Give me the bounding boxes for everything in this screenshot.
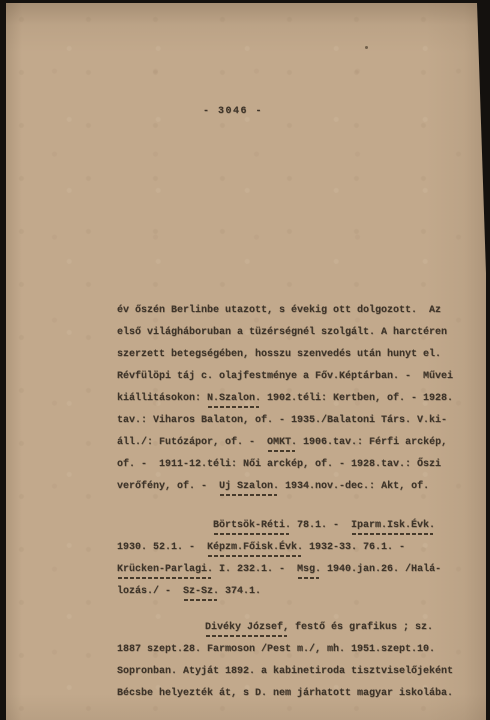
text-line: Révfülöpi táj c. olajfestménye a Főv.Kép… bbox=[117, 366, 473, 388]
text-line: Bécsbe helyezték át, s D. nem járhatott … bbox=[117, 683, 473, 705]
scan-edge-shadow bbox=[477, 3, 486, 273]
text-segment: of. - 1911-12.téli: Női arckép, of. - 19… bbox=[117, 459, 441, 470]
text-segment: áll./: Futózápor, of. - bbox=[117, 437, 267, 448]
text-line: első világháboruban a tüzérségnél szolgá… bbox=[117, 322, 473, 344]
underlined-text: Divéky József, bbox=[205, 622, 289, 633]
text-line: szerzett betegségében, hosszu szenvedés … bbox=[117, 344, 473, 366]
text-line: lozás./ - Sz-Sz. 374.1. bbox=[117, 581, 473, 603]
underlined-text: Börtsök-Réti. bbox=[213, 520, 291, 531]
text-line: of. - 1911-12.téli: Női arckép, of. - 19… bbox=[117, 454, 473, 476]
text-line: kiállitásokon: N.Szalon. 1902.téli: Kert… bbox=[117, 388, 473, 410]
text-segment: 78.1. - bbox=[291, 520, 351, 531]
text-segment: Sopronban. Atyját 1892. a kabinetiroda t… bbox=[117, 666, 453, 677]
text-line: 1887 szept.28. Farmoson /Pest m./, mh. 1… bbox=[117, 639, 473, 661]
text-segment: festő és grafikus ; sz. bbox=[289, 622, 433, 633]
page-number: - 3046 - bbox=[203, 106, 263, 117]
underlined-text: Iparm.Isk.Évk. bbox=[351, 520, 435, 531]
underlined-text: Krücken-Parlagi. bbox=[117, 564, 213, 575]
text-segment: első világháboruban a tüzérségnél szolgá… bbox=[117, 327, 447, 338]
text-segment: 1940.jan.26. /Halá- bbox=[321, 564, 441, 575]
text-segment: 1887 szept.28. Farmoson /Pest m./, mh. 1… bbox=[117, 644, 435, 655]
text-line: áll./: Futózápor, of. - OMKT. 1906.tav.:… bbox=[117, 432, 473, 454]
text-segment: kiállitásokon: bbox=[117, 393, 207, 404]
text-line: év őszén Berlinbe utazott, s évekig ott … bbox=[117, 300, 473, 322]
text-segment: év őszén Berlinbe utazott, s évekig ott … bbox=[117, 305, 441, 316]
underlined-text: Uj Szalon. bbox=[219, 481, 279, 492]
text-line: verőfény, of. - Uj Szalon. 1934.nov.-dec… bbox=[117, 476, 473, 498]
text-line: tav.: Viharos Balaton, of. - 1935./Balat… bbox=[117, 410, 473, 432]
paragraph-entry-diveky-jozsef: Divéky József, festő és grafikus ; sz.18… bbox=[117, 617, 473, 705]
text-line: Sopronban. Atyját 1892. a kabinetiroda t… bbox=[117, 661, 473, 683]
text-segment: lozás./ - bbox=[117, 586, 183, 597]
text-segment: 374.1. bbox=[219, 586, 261, 597]
text-line: Krücken-Parlagi. I. 232.1. - Msg. 1940.j… bbox=[117, 559, 473, 581]
text-segment: 1934.nov.-dec.: Akt, of. bbox=[279, 481, 429, 492]
scanned-page: - 3046 - év őszén Berlinbe utazott, s év… bbox=[6, 3, 486, 720]
text-segment: szerzett betegségében, hosszu szenvedés … bbox=[117, 349, 441, 360]
underlined-text: Sz-Sz. bbox=[183, 586, 219, 597]
text-line: 1930. 52.1. - Képzm.Főisk.Évk. 1932-33. … bbox=[117, 537, 473, 559]
underlined-text: Képzm.Főisk.Évk. bbox=[207, 542, 303, 553]
text-segment: 1906.tav.: Férfi arckép, bbox=[297, 437, 447, 448]
text-segment: I. 232.1. - bbox=[213, 564, 297, 575]
underlined-text: Msg. bbox=[297, 564, 321, 575]
text-segment: Bécsbe helyezték át, s D. nem járhatott … bbox=[117, 688, 453, 699]
underlined-text: N.Szalon. bbox=[207, 393, 261, 404]
text-segment: 1932-33. 76.1. - bbox=[303, 542, 405, 553]
text-segment: Révfülöpi táj c. olajfestménye a Főv.Kép… bbox=[117, 371, 453, 382]
text-line: Börtsök-Réti. 78.1. - Iparm.Isk.Évk. bbox=[117, 515, 473, 537]
text-segment: tav.: Viharos Balaton, of. - 1935./Balat… bbox=[117, 415, 447, 426]
underlined-text: OMKT. bbox=[267, 437, 297, 448]
text-segment: verőfény, of. - bbox=[117, 481, 219, 492]
text-line: Divéky József, festő és grafikus ; sz. bbox=[117, 617, 473, 639]
paragraph-bibliography-references: Börtsök-Réti. 78.1. - Iparm.Isk.Évk.1930… bbox=[117, 515, 473, 603]
text-segment: 1930. 52.1. - bbox=[117, 542, 207, 553]
paper-speck bbox=[365, 46, 368, 49]
text-segment: 1902.téli: Kertben, of. - 1928. bbox=[261, 393, 453, 404]
paragraph-biography-continuation: év őszén Berlinbe utazott, s évekig ott … bbox=[117, 300, 473, 498]
